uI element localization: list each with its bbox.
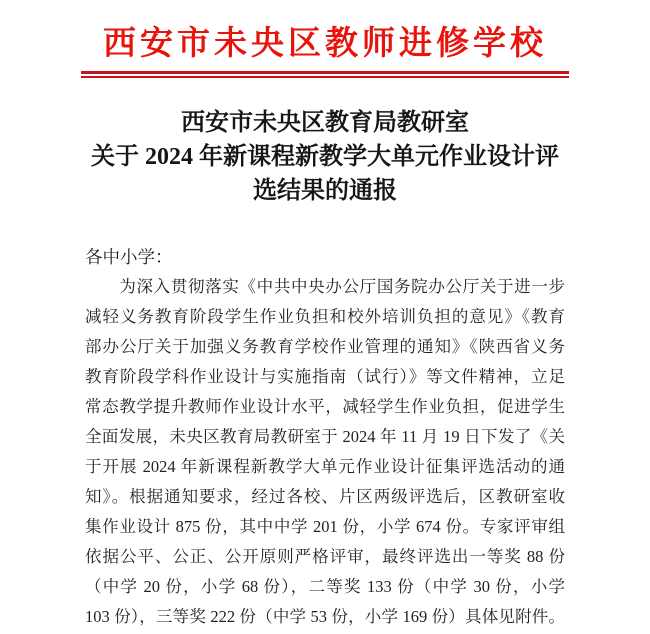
letterhead-title: 西安市未央区教师进修学校 — [0, 22, 650, 66]
letterhead: 西安市未央区教师进修学校 — [0, 22, 650, 78]
body-line: 于开展 2024 年新课程新教学大单元作业设计征集评选活动的通 — [85, 452, 565, 482]
body-line: 部办公厅关于加强义务教育学校作业管理的通知》《陕西省义务 — [85, 332, 565, 362]
body-line: 常态教学提升教师作业设计水平，减轻学生作业负担，促进学生 — [85, 392, 565, 422]
body-line: 依据公平、公正、公开原则严格评审，最终评选出一等奖 88 份 — [85, 542, 565, 572]
body-line: （中学 20 份，小学 68 份），二等奖 133 份（中学 30 份，小学 — [85, 572, 565, 602]
document-title-line: 西安市未央区教育局教研室 — [75, 106, 575, 140]
document-title-line: 关于 2024 年新课程新教学大单元作业设计评 — [75, 140, 575, 174]
body-line: 为深入贯彻落实《中共中央办公厅国务院办公厅关于进一步 — [85, 272, 565, 302]
salutation: 各中小学： — [85, 242, 565, 272]
notice-content: 西安市未央区教育局教研室 关于 2024 年新课程新教学大单元作业设计评 选结果… — [0, 106, 650, 632]
document-title-line: 选结果的通报 — [75, 174, 575, 208]
body-line: 知》。根据通知要求，经过各校、片区两级评选后，区教研室收 — [85, 482, 565, 512]
body-line: 全面发展，未央区教育局教研室于 2024 年 11 月 19 日下发了《关 — [85, 422, 565, 452]
body-line: 减轻义务教育阶段学生作业负担和校外培训负担的意见》《教育 — [85, 302, 565, 332]
body-line: 103 份），三等奖 222 份（中学 53 份，小学 169 份）具体见附件。 — [85, 602, 565, 632]
body-paragraph: 为深入贯彻落实《中共中央办公厅国务院办公厅关于进一步 减轻义务教育阶段学生作业负… — [85, 272, 565, 632]
body-line: 集作业设计 875 份，其中中学 201 份，小学 674 份。专家评审组 — [85, 512, 565, 542]
letterhead-rule — [81, 71, 569, 78]
document-page: 西安市未央区教师进修学校 西安市未央区教育局教研室 关于 2024 年新课程新教… — [0, 0, 650, 634]
body-line: 教育阶段学科作业设计与实施指南（试行）》等文件精神，立足 — [85, 362, 565, 392]
document-title: 西安市未央区教育局教研室 关于 2024 年新课程新教学大单元作业设计评 选结果… — [75, 106, 575, 208]
